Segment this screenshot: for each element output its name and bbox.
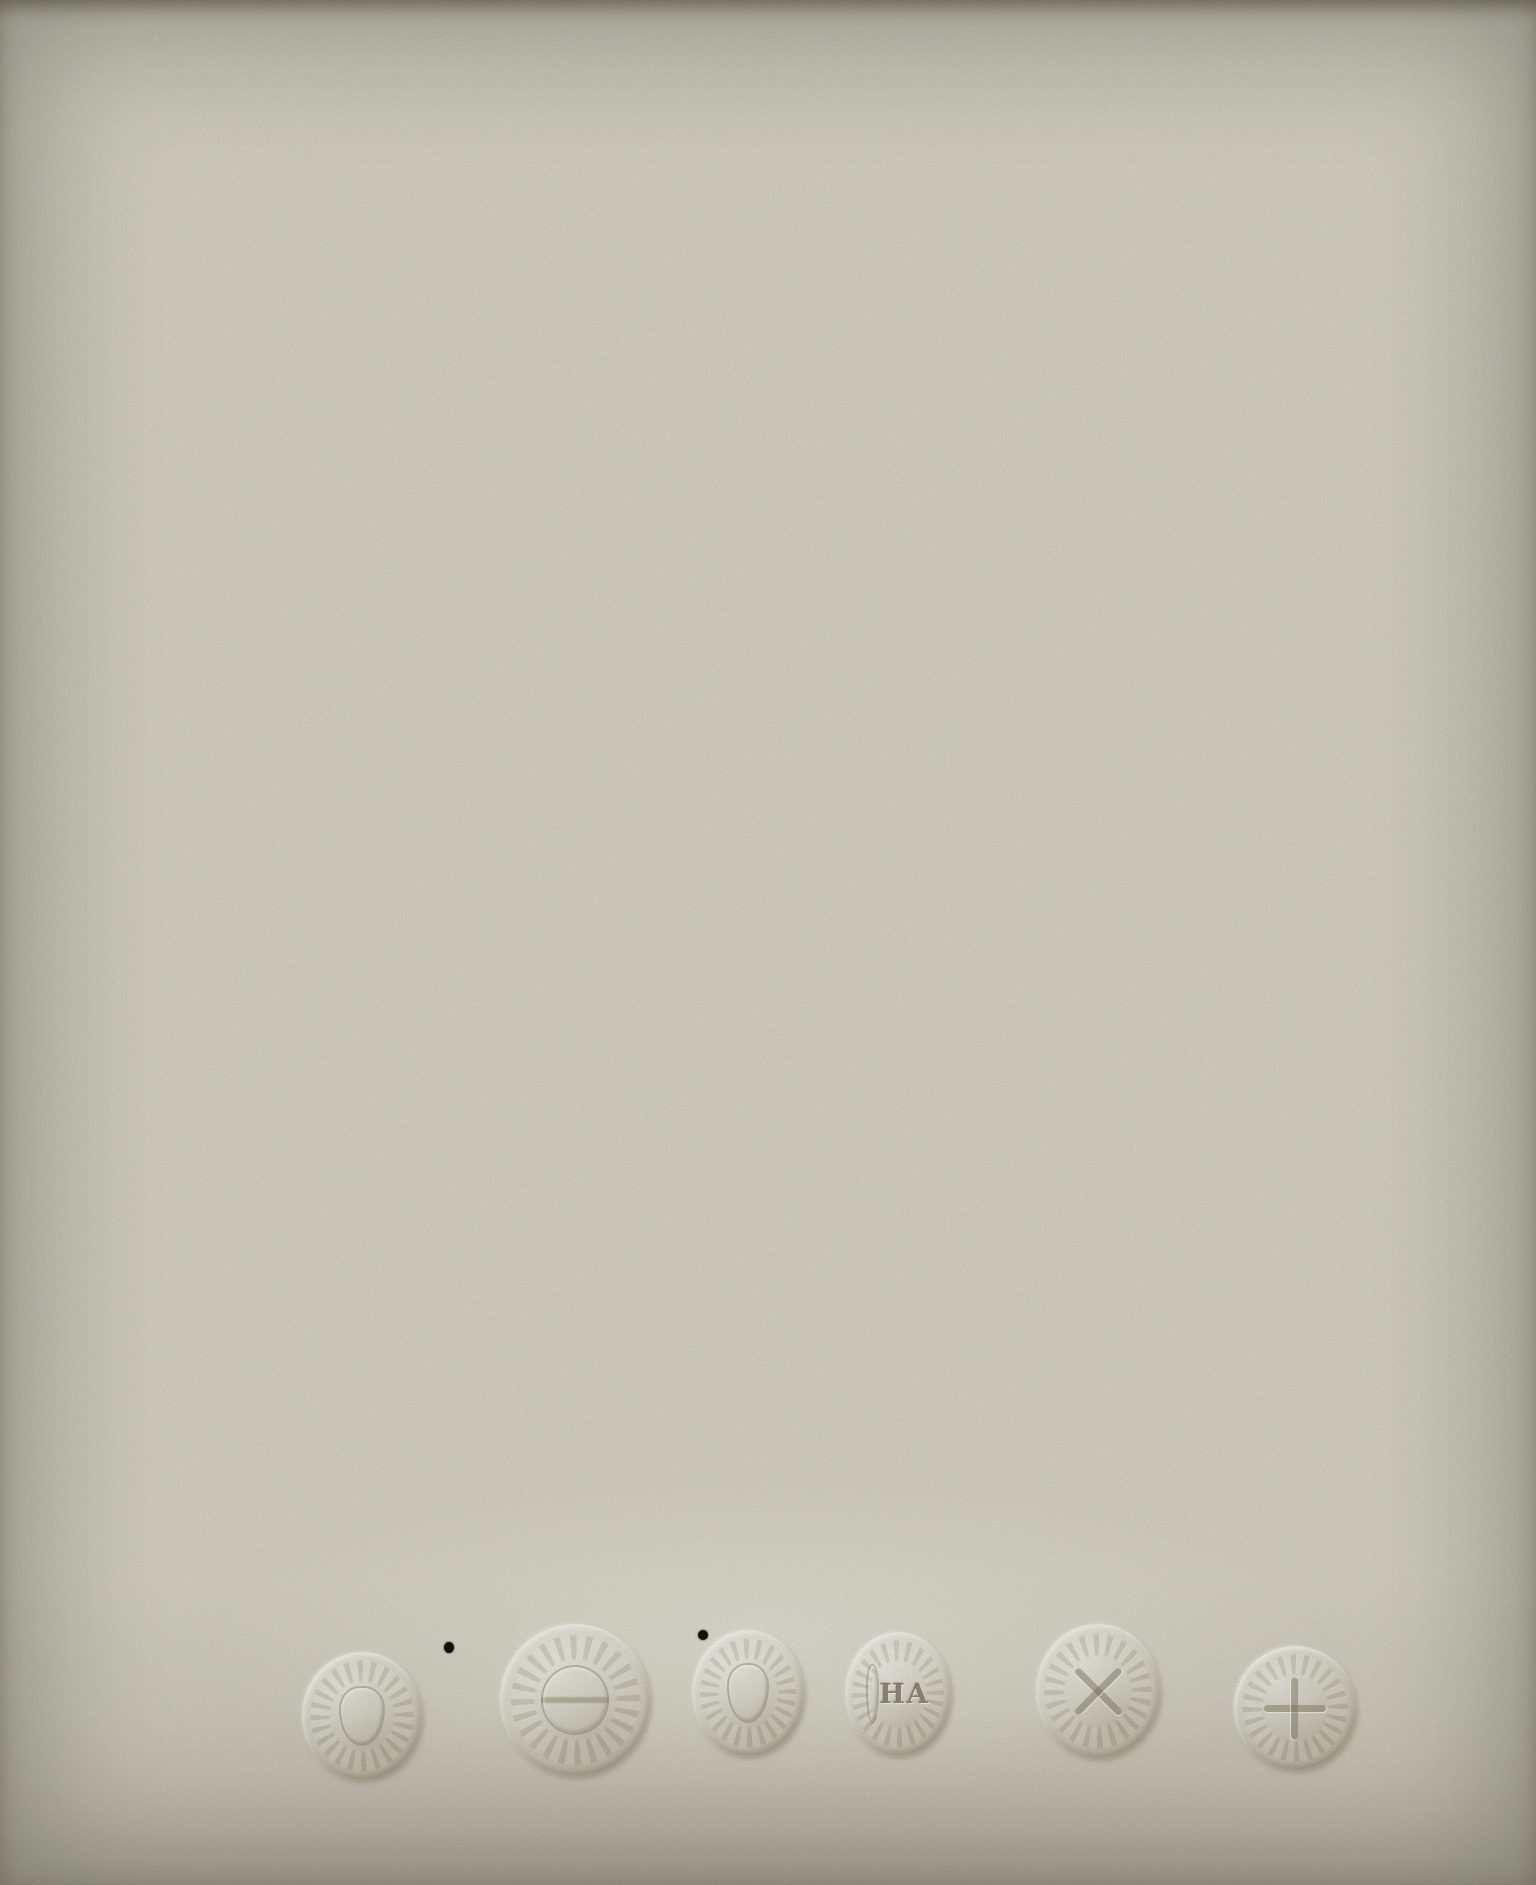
seal-cross-icon	[1258, 1671, 1331, 1745]
seal-wreath-icon	[326, 1678, 398, 1755]
ink-hole	[698, 1630, 708, 1640]
embossed-seal-1	[302, 1652, 422, 1780]
ink-hole	[444, 1642, 454, 1653]
archive-photo: W ij effther skreffne Sijmenn Aven wenng…	[0, 0, 1536, 1885]
embossed-seal-5	[1036, 1624, 1160, 1758]
embossed-seal-4: HA	[845, 1632, 951, 1756]
embossed-seal-2	[500, 1624, 650, 1776]
folded-seal-flap	[0, 0, 1536, 1885]
seal-saltire-icon	[1061, 1651, 1135, 1731]
seal-monogram: HA	[866, 1657, 930, 1731]
flap-wrap	[0, 0, 1536, 1885]
seal-bird-icon	[714, 1655, 781, 1731]
embossed-seal-6	[1234, 1646, 1356, 1770]
seal-orb-icon	[530, 1654, 620, 1745]
embossed-seal-3	[692, 1630, 804, 1756]
